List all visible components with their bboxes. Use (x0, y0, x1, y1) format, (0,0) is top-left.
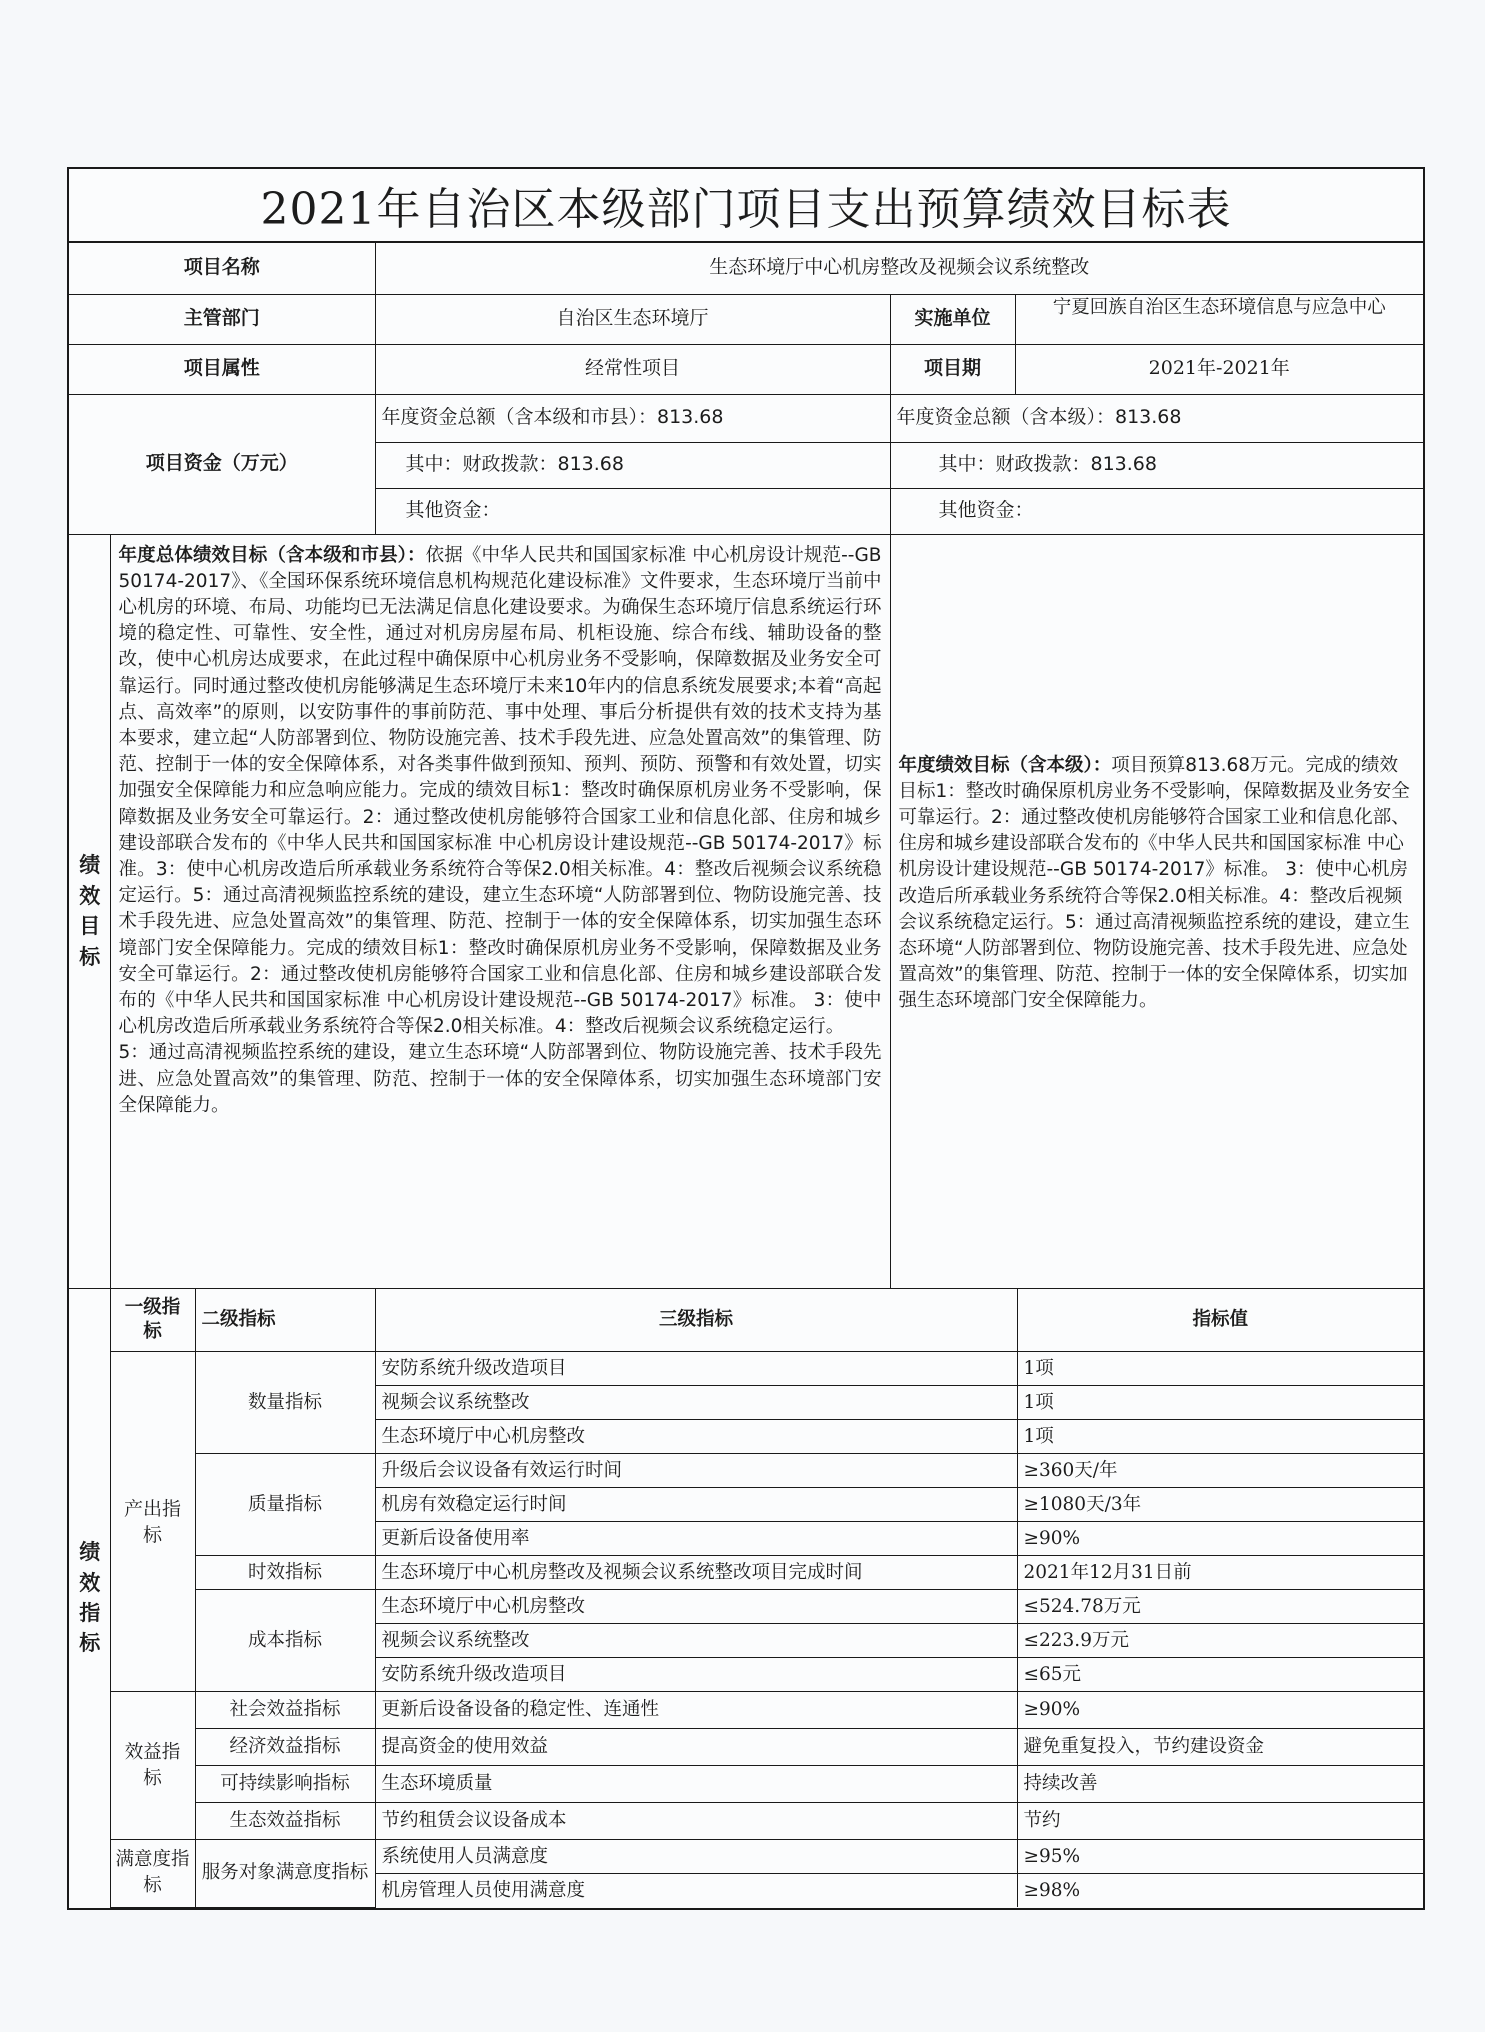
funding-fiscal-own: 其中：财政拨款：813.68 (890, 442, 1423, 488)
funding-total-own: 年度资金总额（含本级）：813.68 (890, 394, 1423, 442)
level3-cell: 生态环境厅中心机房整改 (375, 1420, 1017, 1454)
header-level2: 二级指标 (195, 1289, 375, 1352)
implementing-unit-label: 实施单位 (890, 294, 1015, 344)
overall-goal-text-tail: 5：通过高清视频监控系统的建设，建立生态环境“人防部署到位、物防设施完善、技术手… (119, 1042, 882, 1115)
value-cell: 1项 (1017, 1386, 1423, 1420)
overall-goal-cell: 年度总体绩效目标（含本级和市县）：依据《中华人民共和国国家标准 中心机房设计规范… (110, 535, 890, 1289)
project-name-value: 生态环境厅中心机房整改及视频会议系统整改 (375, 243, 1423, 294)
header-value: 指标值 (1017, 1289, 1423, 1352)
implementing-unit-value: 宁夏回族自治区生态环境信息与应急中心 (1015, 294, 1423, 344)
project-period-label: 项目期 (890, 344, 1015, 394)
funding-other-own: 其他资金： (890, 488, 1423, 534)
project-period-value: 2021年-2021年 (1015, 344, 1423, 394)
page-title: 2021年自治区本级部门项目支出预算绩效目标表 (69, 169, 1423, 243)
indicators-table: 绩效指标 一级指标 二级指标 三级指标 指标值 产出指标 数量指标 安防系统升级… (69, 1289, 1423, 1908)
header-level1: 一级指标 (110, 1289, 195, 1352)
project-attribute-value: 经常性项目 (375, 344, 890, 394)
table-row: 成本指标 生态环境厅中心机房整改 ≤524.78万元 (69, 1590, 1423, 1624)
value-cell: 1项 (1017, 1420, 1423, 1454)
level3-cell: 节约租赁会议设备成本 (375, 1803, 1017, 1840)
level3-cell: 系统使用人员满意度 (375, 1840, 1017, 1874)
table-row: 生态效益指标 节约租赁会议设备成本 节约 (69, 1803, 1423, 1840)
level2-economic: 经济效益指标 (195, 1729, 375, 1766)
table-row: 产出指标 数量指标 安防系统升级改造项目 1项 (69, 1352, 1423, 1386)
department-value: 自治区生态环境厅 (375, 294, 890, 344)
project-name-label: 项目名称 (69, 243, 375, 294)
funding-total-all: 年度资金总额（含本级和市县）：813.68 (375, 394, 890, 442)
value-cell: ≥95% (1017, 1840, 1423, 1874)
funding-label: 项目资金（万元） (69, 394, 375, 534)
overall-goal-heading: 年度总体绩效目标（含本级和市县）： (119, 545, 426, 566)
indicators-section-label: 绩效指标 (79, 1537, 99, 1659)
annual-goal-cell: 年度绩效目标（含本级）：项目预算813.68万元。完成的绩效目标1：整改时确保原… (890, 535, 1423, 1289)
level3-cell: 更新后设备使用率 (375, 1522, 1017, 1556)
value-cell: ≤223.9万元 (1017, 1624, 1423, 1658)
level3-cell: 提高资金的使用效益 (375, 1729, 1017, 1766)
annual-goal-heading: 年度绩效目标（含本级）： (899, 755, 1112, 776)
funding-fiscal-all: 其中：财政拨款：813.68 (375, 442, 890, 488)
level2-timeliness: 时效指标 (195, 1556, 375, 1590)
level3-cell: 视频会议系统整改 (375, 1624, 1017, 1658)
project-attribute-label: 项目属性 (69, 344, 375, 394)
table-row: 满意度指标 服务对象满意度指标 系统使用人员满意度 ≥95% (69, 1840, 1423, 1874)
value-cell: 1项 (1017, 1352, 1423, 1386)
level1-satisfaction: 满意度指标 (110, 1840, 195, 1908)
level3-cell: 机房有效稳定运行时间 (375, 1488, 1017, 1522)
value-cell: 节约 (1017, 1803, 1423, 1840)
level2-quality: 质量指标 (195, 1454, 375, 1556)
value-cell: ≥90% (1017, 1692, 1423, 1729)
level3-cell: 更新后设备设备的稳定性、连通性 (375, 1692, 1017, 1729)
funding-total-row: 项目资金（万元） 年度资金总额（含本级和市县）：813.68 年度资金总额（含本… (69, 394, 1423, 442)
goals-row: 绩效目标 年度总体绩效目标（含本级和市县）：依据《中华人民共和国国家标准 中心机… (69, 535, 1423, 1289)
overall-goal-text: 依据《中华人民共和国国家标准 中心机房设计规范--GB 50174-2017》、… (119, 545, 882, 1038)
level2-quantity: 数量指标 (195, 1352, 375, 1454)
department-label: 主管部门 (69, 294, 375, 344)
value-cell: ≥1080天/3年 (1017, 1488, 1423, 1522)
header-level3: 三级指标 (375, 1289, 1017, 1352)
goals-section-cell: 绩效目标 (69, 535, 110, 1289)
attribute-row: 项目属性 经常性项目 项目期 2021年-2021年 (69, 344, 1423, 394)
value-cell: ≥360天/年 (1017, 1454, 1423, 1488)
department-row: 主管部门 自治区生态环境厅 实施单位 宁夏回族自治区生态环境信息与应急中心 (69, 294, 1423, 344)
performance-target-table: 2021年自治区本级部门项目支出预算绩效目标表 项目名称 生态环境厅中心机房整改… (67, 167, 1425, 1910)
project-info-table: 项目名称 生态环境厅中心机房整改及视频会议系统整改 主管部门 自治区生态环境厅 … (69, 243, 1423, 535)
indicators-header-row: 绩效指标 一级指标 二级指标 三级指标 指标值 (69, 1289, 1423, 1352)
level3-cell: 安防系统升级改造项目 (375, 1658, 1017, 1692)
level2-cost: 成本指标 (195, 1590, 375, 1692)
level2-service-satisfaction: 服务对象满意度指标 (195, 1840, 375, 1908)
table-row: 质量指标 升级后会议设备有效运行时间 ≥360天/年 (69, 1454, 1423, 1488)
funding-other-all: 其他资金： (375, 488, 890, 534)
indicators-section-cell: 绩效指标 (69, 1289, 110, 1907)
table-row: 时效指标 生态环境厅中心机房整改及视频会议系统整改项目完成时间 2021年12月… (69, 1556, 1423, 1590)
goals-section-label: 绩效目标 (79, 850, 99, 972)
table-row: 经济效益指标 提高资金的使用效益 避免重复投入，节约建设资金 (69, 1729, 1423, 1766)
value-cell: ≤65元 (1017, 1658, 1423, 1692)
level2-social: 社会效益指标 (195, 1692, 375, 1729)
level3-cell: 视频会议系统整改 (375, 1386, 1017, 1420)
table-row: 效益指标 社会效益指标 更新后设备设备的稳定性、连通性 ≥90% (69, 1692, 1423, 1729)
level1-benefit: 效益指标 (110, 1692, 195, 1840)
level2-ecological: 生态效益指标 (195, 1803, 375, 1840)
project-name-row: 项目名称 生态环境厅中心机房整改及视频会议系统整改 (69, 243, 1423, 294)
value-cell: 持续改善 (1017, 1766, 1423, 1803)
level3-cell: 机房管理人员使用满意度 (375, 1874, 1017, 1908)
annual-goal-text: 项目预算813.68万元。完成的绩效目标1：整改时确保原机房业务不受影响，保障数… (899, 755, 1410, 1012)
level2-sustainable: 可持续影响指标 (195, 1766, 375, 1803)
level1-output: 产出指标 (110, 1352, 195, 1692)
performance-goals-table: 绩效目标 年度总体绩效目标（含本级和市县）：依据《中华人民共和国国家标准 中心机… (69, 535, 1423, 1290)
value-cell: ≥90% (1017, 1522, 1423, 1556)
level3-cell: 生态环境厅中心机房整改及视频会议系统整改项目完成时间 (375, 1556, 1017, 1590)
value-cell: 避免重复投入，节约建设资金 (1017, 1729, 1423, 1766)
value-cell: ≥98% (1017, 1874, 1423, 1908)
value-cell: 2021年12月31日前 (1017, 1556, 1423, 1590)
level3-cell: 生态环境厅中心机房整改 (375, 1590, 1017, 1624)
value-cell: ≤524.78万元 (1017, 1590, 1423, 1624)
table-row: 可持续影响指标 生态环境质量 持续改善 (69, 1766, 1423, 1803)
level3-cell: 生态环境质量 (375, 1766, 1017, 1803)
level3-cell: 升级后会议设备有效运行时间 (375, 1454, 1017, 1488)
level3-cell: 安防系统升级改造项目 (375, 1352, 1017, 1386)
